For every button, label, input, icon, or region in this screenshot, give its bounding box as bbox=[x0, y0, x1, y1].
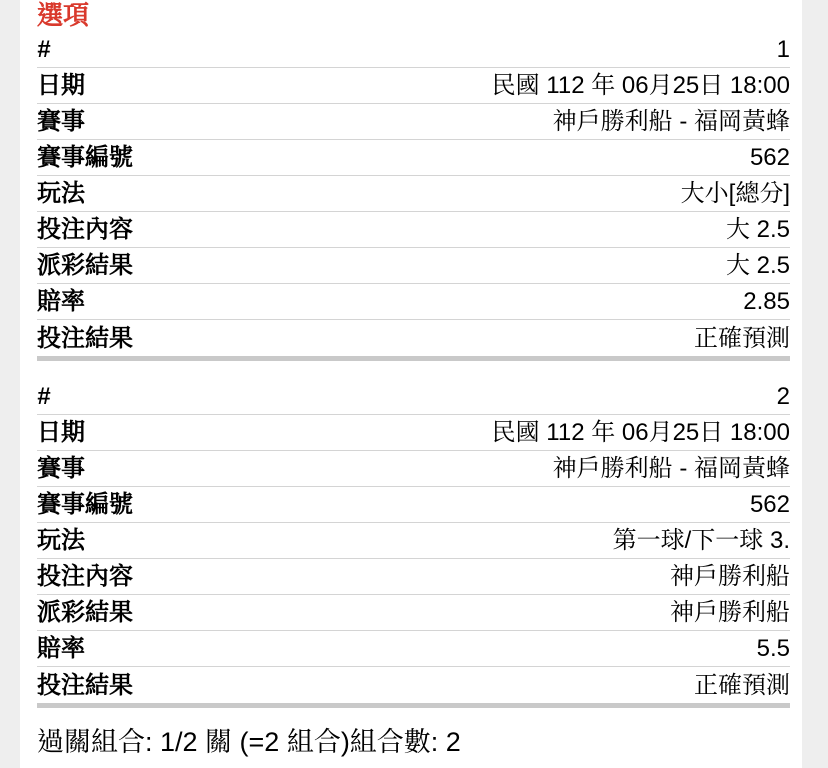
row-label: 賠率 bbox=[37, 631, 85, 666]
options-panel: 選項 # 1 日期 民國 112 年 06月25日 18:00 賽事 神戶勝利船… bbox=[20, 0, 802, 768]
row-value: 2.85 bbox=[85, 284, 790, 319]
row-label: # bbox=[37, 32, 50, 67]
screen: 選項 # 1 日期 民國 112 年 06月25日 18:00 賽事 神戶勝利船… bbox=[0, 0, 828, 768]
row-label: 賽事編號 bbox=[37, 140, 133, 175]
table-row: 賽事 神戶勝利船 - 福岡黃蜂 bbox=[37, 451, 790, 487]
table-row: 賽事 神戶勝利船 - 福岡黃蜂 bbox=[37, 104, 790, 140]
table-row: 投注結果 正確預測 bbox=[37, 320, 790, 356]
row-label: 投注內容 bbox=[37, 212, 133, 247]
table-row: 投注內容 大 2.5 bbox=[37, 212, 790, 248]
bet-table-2: # 2 日期 民國 112 年 06月25日 18:00 賽事 神戶勝利船 - … bbox=[37, 379, 790, 703]
section-divider bbox=[37, 356, 790, 361]
row-value: 正確預測 bbox=[133, 668, 790, 703]
row-value: 562 bbox=[133, 487, 790, 522]
row-label: 賽事編號 bbox=[37, 487, 133, 522]
table-row: 日期 民國 112 年 06月25日 18:00 bbox=[37, 415, 790, 451]
row-value: 神戶勝利船 bbox=[133, 595, 790, 630]
row-label: # bbox=[37, 379, 50, 414]
row-value: 1 bbox=[50, 32, 790, 67]
row-label: 派彩結果 bbox=[37, 595, 133, 630]
table-row: # 2 bbox=[37, 379, 790, 415]
row-value: 第一球/下一球 3. bbox=[85, 523, 790, 558]
row-label: 派彩結果 bbox=[37, 248, 133, 283]
row-value: 2 bbox=[50, 379, 790, 414]
row-value: 大 2.5 bbox=[133, 212, 790, 247]
row-label: 賽事 bbox=[37, 451, 85, 486]
bet-table-1: # 1 日期 民國 112 年 06月25日 18:00 賽事 神戶勝利船 - … bbox=[37, 32, 790, 356]
table-row: 賽事編號 562 bbox=[37, 487, 790, 523]
row-label: 玩法 bbox=[37, 176, 85, 211]
table-row: # 1 bbox=[37, 32, 790, 68]
table-row: 派彩結果 神戶勝利船 bbox=[37, 595, 790, 631]
table-row: 玩法 第一球/下一球 3. bbox=[37, 523, 790, 559]
row-label: 賠率 bbox=[37, 284, 85, 319]
row-value: 正確預測 bbox=[133, 321, 790, 356]
row-value: 神戶勝利船 bbox=[133, 559, 790, 594]
table-row: 投注內容 神戶勝利船 bbox=[37, 559, 790, 595]
table-row: 日期 民國 112 年 06月25日 18:00 bbox=[37, 68, 790, 104]
table-row: 賠率 5.5 bbox=[37, 631, 790, 667]
table-row: 賽事編號 562 bbox=[37, 140, 790, 176]
page-title: 選項 bbox=[37, 0, 790, 32]
row-value: 神戶勝利船 - 福岡黃蜂 bbox=[85, 104, 790, 139]
row-label: 玩法 bbox=[37, 523, 85, 558]
row-value: 5.5 bbox=[85, 631, 790, 666]
row-value: 神戶勝利船 - 福岡黃蜂 bbox=[85, 451, 790, 486]
row-label: 投注結果 bbox=[37, 668, 133, 703]
row-value: 562 bbox=[133, 140, 790, 175]
table-row: 玩法 大小[總分] bbox=[37, 176, 790, 212]
row-label: 投注內容 bbox=[37, 559, 133, 594]
table-row: 賠率 2.85 bbox=[37, 284, 790, 320]
table-row: 投注結果 正確預測 bbox=[37, 667, 790, 703]
row-label: 日期 bbox=[37, 68, 85, 103]
row-value: 大小[總分] bbox=[85, 176, 790, 211]
row-value: 民國 112 年 06月25日 18:00 bbox=[85, 68, 790, 103]
table-row: 派彩結果 大 2.5 bbox=[37, 248, 790, 284]
row-label: 投注結果 bbox=[37, 321, 133, 356]
parlay-summary: 過關組合: 1/2 關 (=2 組合)組合數: 2 bbox=[37, 708, 790, 760]
row-value: 大 2.5 bbox=[133, 248, 790, 283]
row-label: 賽事 bbox=[37, 104, 85, 139]
row-label: 日期 bbox=[37, 415, 85, 450]
row-value: 民國 112 年 06月25日 18:00 bbox=[85, 415, 790, 450]
